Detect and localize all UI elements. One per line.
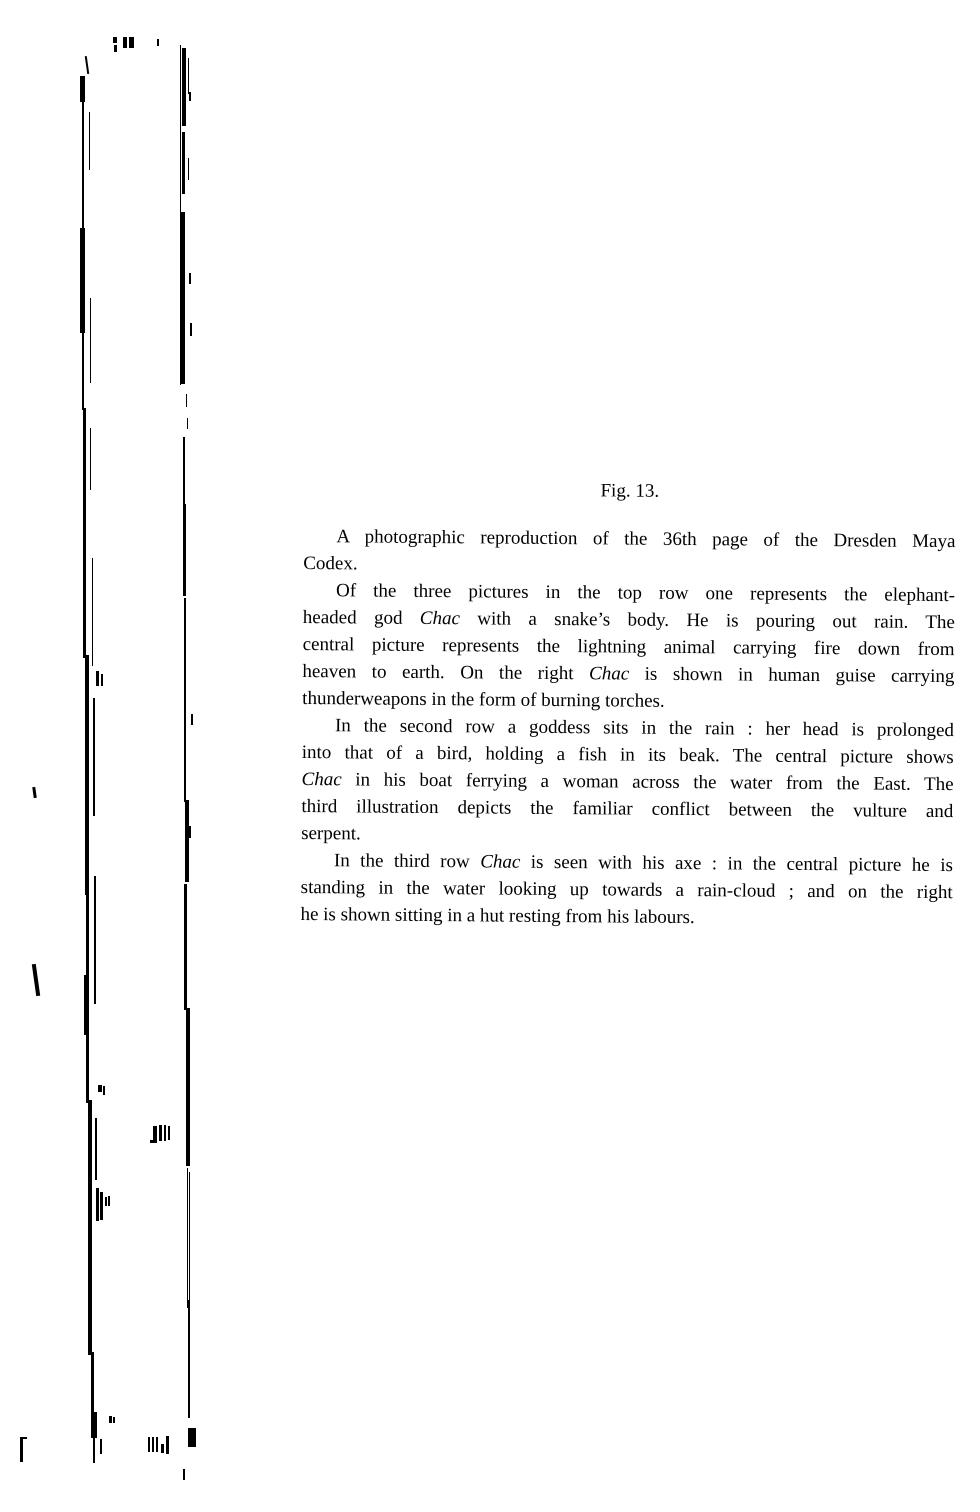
ink-speck (20, 1437, 23, 1462)
edge-line-segment (184, 598, 186, 802)
ink-speck (96, 671, 99, 686)
text-segment: is seen with his axe : in the central pi… (520, 852, 953, 876)
gutter-line-segment (96, 1188, 99, 1221)
ink-speck (98, 1085, 102, 1092)
edge-line-segment (184, 884, 187, 1010)
edge-line-segment (182, 48, 186, 126)
figure-caption-block: Fig. 13. A photographic reproduction of … (300, 470, 956, 933)
edge-line-segment (181, 212, 185, 384)
ink-speck (113, 37, 117, 43)
ink-speck (191, 714, 193, 725)
gutter-line-segment (90, 428, 91, 490)
text-segment: A photographic reproduction of the 36th … (336, 526, 955, 552)
gutter-line-segment (85, 655, 89, 895)
ink-speck (159, 1125, 162, 1141)
text-segment: Codex. (303, 553, 358, 574)
gutter-line-segment (100, 1192, 103, 1220)
ink-speck (183, 1469, 185, 1480)
ink-speck (113, 1417, 115, 1423)
text-line: A photographic reproduction of the 36th … (303, 523, 955, 555)
ink-speck (156, 1437, 158, 1452)
gutter-line-segment (80, 228, 85, 333)
gutter-line-segment (83, 408, 86, 658)
ink-speck (190, 323, 192, 336)
paragraph: Of the three pictures in the top row one… (302, 577, 955, 717)
ink-speck (109, 1416, 112, 1423)
gutter-line-segment (92, 558, 93, 666)
gutter-line-segment (80, 76, 85, 102)
ink-speck (105, 1197, 107, 1206)
ink-speck (150, 1140, 154, 1143)
ink-speck (189, 273, 191, 284)
gutter-line-segment (90, 298, 91, 383)
gutter-line-segment (84, 975, 88, 1035)
edge-line-segment (189, 1172, 190, 1300)
edge-line-segment (186, 1008, 190, 1166)
figure-label: Fig. 13. (304, 478, 956, 505)
text-segment: heaven to earth. On the right (302, 661, 589, 684)
gutter-line-segment (91, 1352, 94, 1414)
ink-speck (157, 39, 159, 46)
gutter-line-segment (93, 698, 95, 816)
gutter-line-segment (89, 112, 90, 170)
ink-speck (32, 787, 37, 798)
text-segment: In the second row a goddess sits in the … (335, 715, 954, 741)
gutter-line-segment (100, 1439, 102, 1454)
ink-speck (148, 1437, 150, 1452)
gutter-line-segment (88, 1100, 92, 1355)
ink-speck (189, 92, 191, 101)
gutter-line-segment (95, 1118, 97, 1180)
caption-paragraphs: A photographic reproduction of the 36th … (300, 523, 955, 933)
edge-line-segment (183, 504, 186, 596)
edge-line-segment (186, 394, 187, 407)
gutter-line-segment (91, 1412, 97, 1438)
text-segment: third illustration depicts the familiar … (301, 796, 953, 822)
italic-term: Chac (301, 769, 341, 790)
italic-term: Chac (420, 608, 460, 629)
ink-speck (166, 1436, 169, 1454)
ink-speck (152, 1437, 154, 1452)
edge-line-segment (182, 132, 185, 194)
italic-term: Chac (589, 663, 629, 684)
gutter-line-segment (93, 1437, 95, 1463)
edge-line-segment (187, 418, 188, 429)
text-segment: into that of a bird, holding a fish in i… (302, 742, 954, 768)
edge-line-segment (188, 158, 189, 180)
ink-speck (32, 964, 40, 996)
ink-speck (123, 37, 127, 48)
gutter-line-segment (85, 56, 89, 74)
scanned-book-page: Fig. 13. A photographic reproduction of … (0, 0, 980, 1512)
edge-line-segment (185, 800, 189, 882)
ink-blob (188, 1428, 196, 1447)
text-segment: Of the three pictures in the top row one… (336, 580, 955, 606)
ink-speck (114, 45, 117, 52)
text-segment: thunderweapons in the form of burning to… (302, 688, 665, 712)
text-line: third illustration depicts the familiar … (301, 793, 953, 825)
text-segment: in his boat ferrying a woman across the … (342, 769, 954, 795)
edge-line-segment (187, 1168, 188, 1308)
edge-line-segment (188, 58, 189, 94)
ink-speck (161, 1444, 164, 1453)
ink-speck (164, 1125, 166, 1141)
text-segment: serpent. (301, 823, 361, 844)
ink-speck (108, 1196, 110, 1206)
text-segment: central picture represents the lightning… (303, 634, 955, 660)
text-segment: is shown in human guise carrying (629, 664, 954, 688)
paragraph: In the third row Chac is seen with his a… (300, 847, 953, 933)
ink-speck (168, 1126, 170, 1140)
text-segment: In the third row (334, 850, 480, 872)
edge-line-segment (188, 1300, 190, 1418)
paragraph: A photographic reproduction of the 36th … (303, 523, 955, 582)
ink-speck (101, 674, 103, 686)
text-segment: standing in the water looking up towards… (301, 877, 953, 903)
text-segment: headed god (303, 607, 420, 629)
paragraph: In the second row a goddess sits in the … (301, 712, 954, 852)
ink-speck (129, 37, 134, 48)
ink-speck (20, 1437, 27, 1439)
text-line: he is shown sitting in a hut resting fro… (300, 901, 952, 933)
text-segment: he is shown sitting in a hut resting fro… (300, 904, 694, 928)
ink-speck (189, 826, 191, 838)
text-segment: with a snake’s body. He is pouring out r… (460, 608, 955, 633)
gutter-line-segment (94, 876, 96, 1004)
ink-speck (103, 1086, 105, 1095)
italic-term: Chac (480, 851, 520, 872)
